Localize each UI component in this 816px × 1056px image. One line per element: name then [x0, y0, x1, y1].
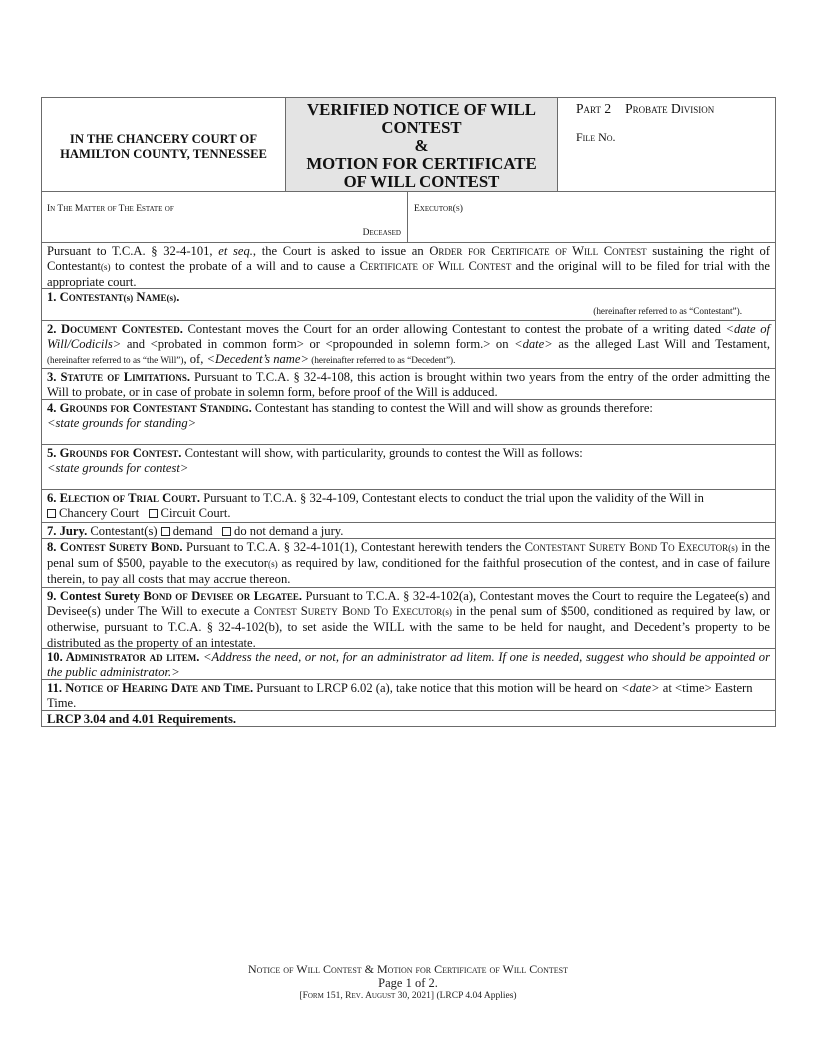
- section-heading: 2. Document Contested.: [47, 322, 183, 336]
- section-grounds-standing: 4. Grounds for Contestant Standing. Cont…: [42, 399, 775, 444]
- part-label: Part 2: [576, 101, 611, 116]
- section-grounds-contest: 5. Grounds for Contest. Contestant will …: [42, 444, 775, 489]
- page-footer: Notice of Will Contest & Motion for Cert…: [0, 962, 816, 1003]
- footer-title: Notice of Will Contest & Motion for Cert…: [0, 962, 816, 976]
- placeholder-grounds-contest[interactable]: <state grounds for contest>: [47, 461, 188, 475]
- section-jury: 7. Jury. Contestant(s) demand do not dem…: [42, 522, 775, 538]
- title-line: MOTION FOR CERTIFICATE: [286, 155, 557, 173]
- section-heading: 6. Election of Trial Court.: [47, 491, 200, 505]
- section-heading: 3. Statute of Limitations.: [47, 370, 190, 384]
- section-statute-of-limitations: 3. Statute of Limitations. Pursuant to T…: [42, 368, 775, 399]
- form-header: IN THE CHANCERY COURT OFHAMILTON COUNTY,…: [42, 98, 775, 191]
- section-heading: 9. Contest Surety Bond of Devisee or Leg…: [47, 589, 302, 603]
- section-heading: 1. Contestant(s) Name(s).: [47, 290, 179, 304]
- checkbox-chancery-court[interactable]: [47, 509, 56, 518]
- placeholder-grounds-standing[interactable]: <state grounds for standing>: [47, 416, 196, 430]
- section-heading: LRCP 3.04 and 4.01 Requirements.: [47, 712, 236, 726]
- option-label: Circuit Court.: [161, 506, 231, 520]
- section-administrator-ad-litem: 10. Administrator ad litem. <Address the…: [42, 648, 775, 679]
- option-label: do not demand a jury.: [234, 524, 343, 538]
- section-heading: 10. Administrator ad litem.: [47, 650, 199, 664]
- deceased-label: Deceased: [363, 226, 401, 241]
- court-name: IN THE CHANCERY COURT OFHAMILTON COUNTY,…: [42, 98, 286, 191]
- section-heading: 5. Grounds for Contest.: [47, 446, 181, 460]
- file-info: Part 2Probate Division File No.: [558, 98, 775, 191]
- court-line-1: IN THE CHANCERY COURT OF: [70, 132, 257, 146]
- placeholder-date[interactable]: <date>: [514, 337, 553, 351]
- page-number: Page 1 of 2.: [0, 976, 816, 990]
- title-line: CONTEST: [286, 119, 557, 137]
- checkbox-circuit-court[interactable]: [149, 509, 158, 518]
- court-line-2: HAMILTON COUNTY, TENNESSEE: [60, 147, 267, 161]
- intro-paragraph: Pursuant to T.C.A. § 32-4-101, et seq., …: [42, 242, 775, 288]
- file-no-field[interactable]: File No.: [576, 130, 775, 145]
- hereafter-note: (hereinafter referred to as “Contestant”…: [593, 304, 742, 319]
- estate-label: In The Matter of The Estate of: [47, 202, 174, 217]
- title-line: OF WILL CONTEST: [286, 173, 557, 191]
- title-line: &: [286, 137, 557, 155]
- section-contest-surety-bond: 8. Contest Surety Bond. Pursuant to T.C.…: [42, 538, 775, 587]
- section-contestant-name[interactable]: 1. Contestant(s) Name(s).(hereinafter re…: [42, 288, 775, 320]
- section-heading: 4. Grounds for Contestant Standing.: [47, 401, 252, 415]
- estate-row: In The Matter of The Estate of Deceased …: [42, 191, 775, 242]
- placeholder-hearing-date[interactable]: <date>: [621, 681, 660, 695]
- title-line: VERIFIED NOTICE OF WILL: [286, 101, 557, 119]
- section-heading: 7. Jury.: [47, 524, 87, 538]
- placeholder-decedent-name[interactable]: <Decedent’s name>: [207, 352, 309, 366]
- option-label: Chancery Court: [59, 506, 139, 520]
- section-document-contested: 2. Document Contested. Contestant moves …: [42, 320, 775, 368]
- section-heading: 8. Contest Surety Bond.: [47, 540, 183, 554]
- checkbox-no-jury[interactable]: [222, 527, 231, 536]
- section-bond-devisee-legatee: 9. Contest Surety Bond of Devisee or Leg…: [42, 587, 775, 648]
- form-table: IN THE CHANCERY COURT OFHAMILTON COUNTY,…: [41, 97, 776, 727]
- option-label: demand: [173, 524, 213, 538]
- section-election-trial-court: 6. Election of Trial Court. Pursuant to …: [42, 489, 775, 522]
- checkbox-demand-jury[interactable]: [161, 527, 170, 536]
- division-label: Probate Division: [625, 101, 714, 116]
- section-notice-of-hearing: 11. Notice of Hearing Date and Time. Pur…: [42, 679, 775, 710]
- form-revision: [Form 151, Rev. August 30, 2021] (LRCP 4…: [0, 990, 816, 1003]
- executor-field[interactable]: Executor(s): [408, 192, 775, 242]
- section-lrcp-requirements: LRCP 3.04 and 4.01 Requirements.: [42, 710, 775, 726]
- form-title: VERIFIED NOTICE OF WILL CONTEST & MOTION…: [286, 98, 558, 191]
- section-heading: 11. Notice of Hearing Date and Time.: [47, 681, 253, 695]
- estate-of-field[interactable]: In The Matter of The Estate of Deceased: [42, 192, 408, 242]
